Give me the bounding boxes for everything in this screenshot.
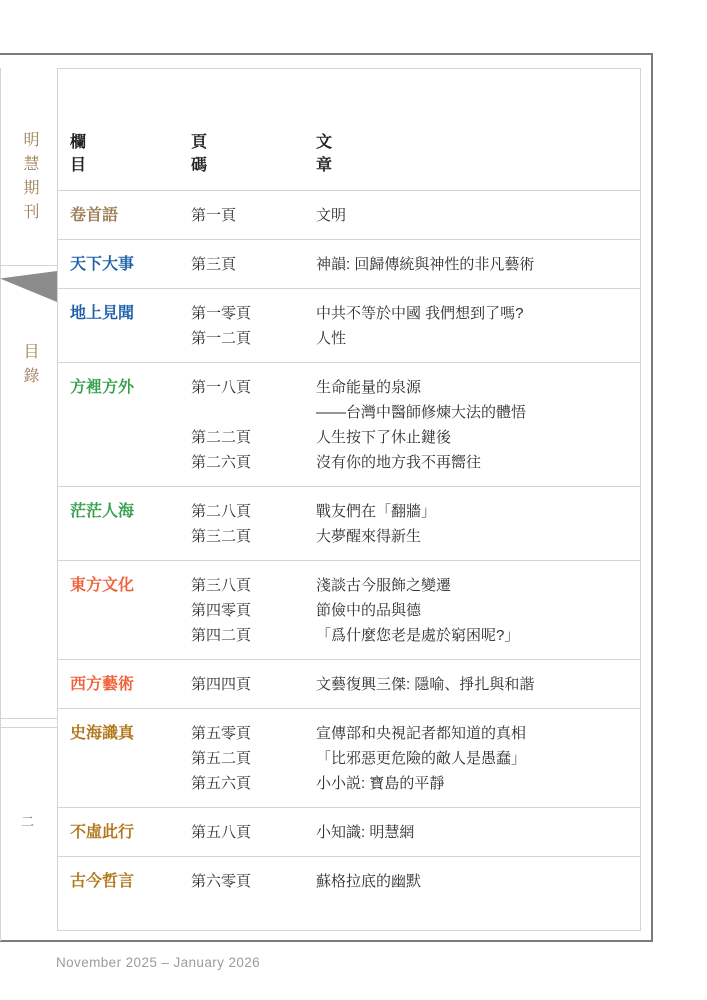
toc-section-row: 西方藝術 第四四頁 文藝復興三傑: 隱喻、掙扎與和諧 [58,659,640,708]
page-frame-bottom-rule [0,940,653,942]
entry-title: 小知識: 明慧網 [316,820,640,845]
entry-page: 第三頁 [191,252,316,277]
toc-entry: 第二八頁 戰友們在「翻牆」 [191,499,640,524]
entry-page: 第一零頁 [191,301,316,326]
entry-title: 生命能量的泉源 ——台灣中醫師修煉大法的體悟 [316,375,640,425]
page-frame-right-rule [651,53,653,942]
entry-title: 「比邪惡更危險的敵人是愚蠢」 [316,746,640,771]
header-page: 頁 碼 [191,131,316,177]
margin-double-rule-bottom [0,727,57,728]
toc-entry: 第一二頁 人性 [191,326,640,351]
entry-page: 第四四頁 [191,672,316,697]
toc-entry: 第四二頁 「爲什麼您老是處於窮困呢?」 [191,623,640,648]
section-label: 茫茫人海 [58,499,191,549]
toc-entry: 第五二頁 「比邪惡更危險的敵人是愚蠢」 [191,746,640,771]
header-column: 欄 目 [58,131,191,177]
entry-page: 第二八頁 [191,499,316,524]
section-label: 東方文化 [58,573,191,648]
page-number: 二 [21,811,34,830]
toc-entry: 第五零頁 宣傳部和央視記者都知道的真相 [191,721,640,746]
section-label: 不虛此行 [58,820,191,845]
toc-entry: 第三八頁 淺談古今服飾之變遷 [191,573,640,598]
page-frame-top-rule [0,53,653,55]
toc-section-row: 史海識真 第五零頁 宣傳部和央視記者都知道的真相 第五二頁 「比邪惡更危險的敵人… [58,708,640,807]
entry-page: 第三八頁 [191,573,316,598]
section-label: 地上見聞 [58,301,191,351]
magazine-masthead: 明慧期刊 [20,131,38,227]
toc-section-row: 不虛此行 第五八頁 小知識: 明慧網 [58,807,640,856]
entry-page: 第六零頁 [191,869,316,894]
entry-page: 第五八頁 [191,820,316,845]
margin-double-rule-top [0,718,57,719]
entry-page: 第四二頁 [191,623,316,648]
entry-title: 節儉中的品與德 [316,598,640,623]
entry-title: 大夢醒來得新生 [316,524,640,549]
toc-section-row: 古今哲言 第六零頁 蘇格拉底的幽默 [58,856,640,905]
toc-section-row: 東方文化 第三八頁 淺談古今服飾之變遷 第四零頁 節儉中的品與德 第四二頁 「爲… [58,560,640,659]
entry-page: 第一八頁 [191,375,316,400]
entry-title: 文明 [316,203,640,228]
toc-entry: 第二二頁 人生按下了休止鍵後 [191,425,640,450]
header-article: 文 章 [316,131,640,177]
entry-page: 第三二頁 [191,524,316,549]
toc-entry: 第六零頁 蘇格拉底的幽默 [191,869,640,894]
entry-title: 中共不等於中國 我們想到了嗎? [316,301,640,326]
entry-title: 人性 [316,326,640,351]
margin-rule [0,265,57,266]
entry-page: 第五六頁 [191,771,316,796]
entry-title: 小小説: 寶島的平靜 [316,771,640,796]
entry-page: 第二六頁 [191,450,316,475]
section-label: 卷首語 [58,203,191,228]
entry-title: 蘇格拉底的幽默 [316,869,640,894]
toc-entry: 第二六頁 沒有你的地方我不再嚮往 [191,450,640,475]
entry-title: 「爲什麼您老是處於窮困呢?」 [316,623,640,648]
section-label: 天下大事 [58,252,191,277]
toc-entry: 第三頁 神韻: 回歸傳統與神性的非凡藝術 [191,252,640,277]
entry-page: 第一頁 [191,203,316,228]
section-label: 史海識真 [58,721,191,796]
toc-section-row: 地上見聞 第一零頁 中共不等於中國 我們想到了嗎? 第一二頁 人性 [58,288,640,362]
entry-page: 第五零頁 [191,721,316,746]
toc-entry: 第一零頁 中共不等於中國 我們想到了嗎? [191,301,640,326]
toc-section-row: 茫茫人海 第二八頁 戰友們在「翻牆」 第三二頁 大夢醒來得新生 [58,486,640,560]
toc-entry: 第五六頁 小小説: 寶島的平靜 [191,771,640,796]
entry-title: 神韻: 回歸傳統與神性的非凡藝術 [316,252,640,277]
entry-title: 宣傳部和央視記者都知道的真相 [316,721,640,746]
section-label: 西方藝術 [58,672,191,697]
toc-section-row: 方裡方外 第一八頁 生命能量的泉源 ——台灣中醫師修煉大法的體悟 第二二頁 人生… [58,362,640,486]
toc-entry: 第四零頁 節儉中的品與德 [191,598,640,623]
entry-title: 沒有你的地方我不再嚮往 [316,450,640,475]
toc-entry: 第四四頁 文藝復興三傑: 隱喻、掙扎與和諧 [191,672,640,697]
entry-title: 文藝復興三傑: 隱喻、掙扎與和諧 [316,672,640,697]
entry-title: 淺談古今服飾之變遷 [316,573,640,598]
toc-entry: 第一八頁 生命能量的泉源 ——台灣中醫師修煉大法的體悟 [191,375,640,425]
toc-header-row: 欄 目 頁 碼 文 章 [58,69,640,190]
toc-vertical-title: 目錄 [20,343,38,391]
section-label: 方裡方外 [58,375,191,475]
entry-title: 人生按下了休止鍵後 [316,425,640,450]
toc-entry: 第五八頁 小知識: 明慧網 [191,820,640,845]
entry-page: 第二二頁 [191,425,316,450]
entry-page: 第五二頁 [191,746,316,771]
toc-section-row: 卷首語 第一頁 文明 [58,190,640,239]
entry-page: 第一二頁 [191,326,316,351]
entry-page: 第四零頁 [191,598,316,623]
toc-entry: 第三二頁 大夢醒來得新生 [191,524,640,549]
toc-table: 欄 目 頁 碼 文 章 卷首語 第一頁 文明 天下大事 第三頁 神韻: 回歸傳統… [57,68,641,931]
toc-section-row: 天下大事 第三頁 神韻: 回歸傳統與神性的非凡藝術 [58,239,640,288]
footer-date-range: November 2025 – January 2026 [56,955,260,970]
entry-title: 戰友們在「翻牆」 [316,499,640,524]
magazine-toc-page: 明慧期刊 目錄 二 欄 目 頁 碼 文 章 卷首語 第一頁 文明 天下大事 第三… [0,0,707,1000]
margin-left-rule [0,68,1,941]
section-label: 古今哲言 [58,869,191,894]
triangle-marker [0,271,57,302]
toc-entry: 第一頁 文明 [191,203,640,228]
